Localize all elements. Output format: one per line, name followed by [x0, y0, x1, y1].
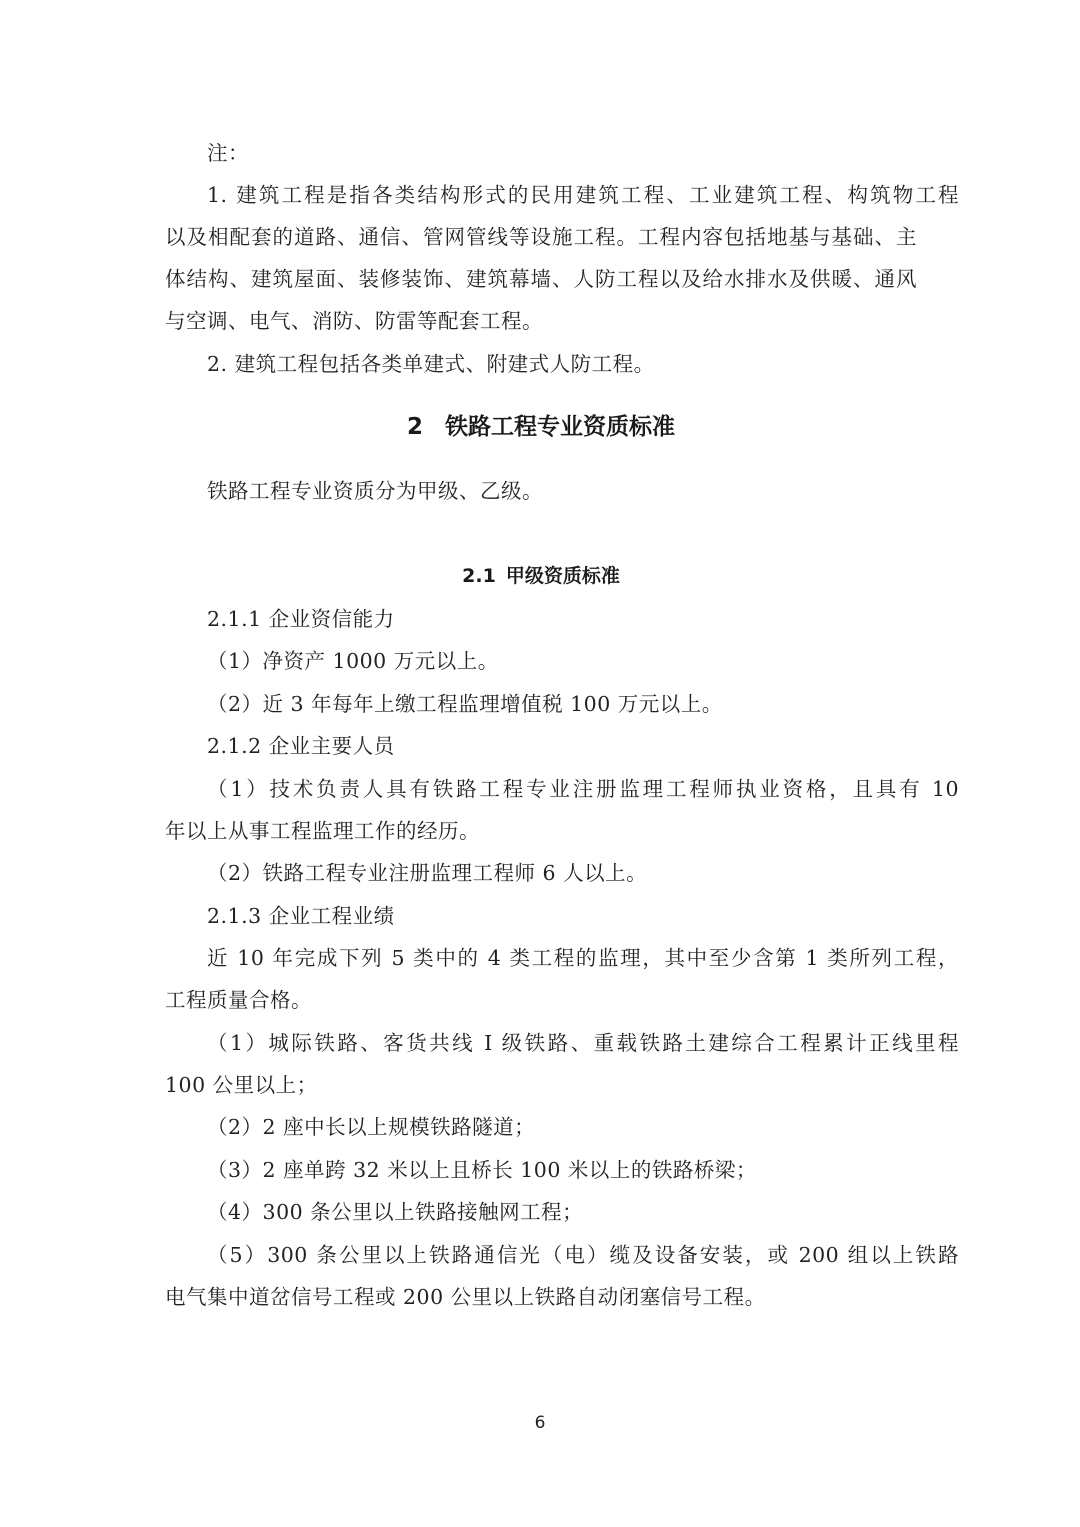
- section-2-1-2-item-1-line-2: 年以上从事工程监理工作的经历。: [165, 810, 917, 852]
- section-2-1-1-heading: 2.1.1 企业资信能力: [165, 598, 959, 640]
- section-2-1-heading: 2.1甲级资质标准: [165, 558, 917, 594]
- section-2-1-2-item-1-line-1: （1）技术负责人具有铁路工程专业注册监理工程师执业资格，且具有 10: [165, 768, 959, 810]
- section-2-1-2-item-2: （2）铁路工程专业注册监理工程师 6 人以上。: [165, 852, 959, 894]
- section-2-title: 铁路工程专业资质标准: [445, 414, 675, 440]
- section-2-number: 2: [407, 414, 423, 440]
- note-item-1-line-1: 1. 建筑工程是指各类结构形式的民用建筑工程、工业建筑工程、构筑物工程: [165, 174, 959, 216]
- section-2-intro: 铁路工程专业资质分为甲级、乙级。: [165, 470, 959, 512]
- note-label: 注：: [165, 132, 959, 174]
- note-item-1-line-3: 体结构、建筑屋面、装修装饰、建筑幕墙、人防工程以及给水排水及供暖、通风: [165, 258, 917, 300]
- section-2-1-title: 甲级资质标准: [506, 565, 620, 587]
- section-2-1-3-item-4: （4）300 条公里以上铁路接触网工程；: [165, 1191, 959, 1233]
- section-2-1-3-intro-line-2: 工程质量合格。: [165, 979, 917, 1021]
- section-2-1-3-item-1-line-2: 100 公里以上；: [165, 1064, 917, 1106]
- section-2-1-3-item-2: （2）2 座中长以上规模铁路隧道；: [165, 1106, 959, 1148]
- section-2-1-3-item-5-line-2: 电气集中道岔信号工程或 200 公里以上铁路自动闭塞信号工程。: [165, 1276, 917, 1318]
- page-number: 6: [0, 1413, 1080, 1433]
- note-item-1-line-4: 与空调、电气、消防、防雷等配套工程。: [165, 300, 917, 342]
- section-2-1-3-heading: 2.1.3 企业工程业绩: [165, 895, 959, 937]
- section-2-1-number: 2.1: [462, 565, 496, 587]
- note-item-2: 2. 建筑工程包括各类单建式、附建式人防工程。: [165, 343, 959, 385]
- section-2-1-3-intro-line-1: 近 10 年完成下列 5 类中的 4 类工程的监理，其中至少含第 1 类所列工程…: [165, 937, 959, 979]
- section-2-1-3-item-3: （3）2 座单跨 32 米以上且桥长 100 米以上的铁路桥梁；: [165, 1149, 959, 1191]
- note-item-1-line-2: 以及相配套的道路、通信、管网管线等设施工程。工程内容包括地基与基础、主: [165, 216, 917, 258]
- section-2-1-1-item-2: （2）近 3 年每年上缴工程监理增值税 100 万元以上。: [165, 683, 959, 725]
- section-2-1-3-item-5-line-1: （5）300 条公里以上铁路通信光（电）缆及设备安装，或 200 组以上铁路: [165, 1234, 959, 1276]
- section-2-1-2-heading: 2.1.2 企业主要人员: [165, 725, 959, 767]
- section-2-1-3-item-1-line-1: （1）城际铁路、客货共线 I 级铁路、重载铁路土建综合工程累计正线里程: [165, 1022, 959, 1064]
- section-2-1-1-item-1: （1）净资产 1000 万元以上。: [165, 640, 959, 682]
- section-2-heading: 2铁路工程专业资质标准: [165, 407, 917, 447]
